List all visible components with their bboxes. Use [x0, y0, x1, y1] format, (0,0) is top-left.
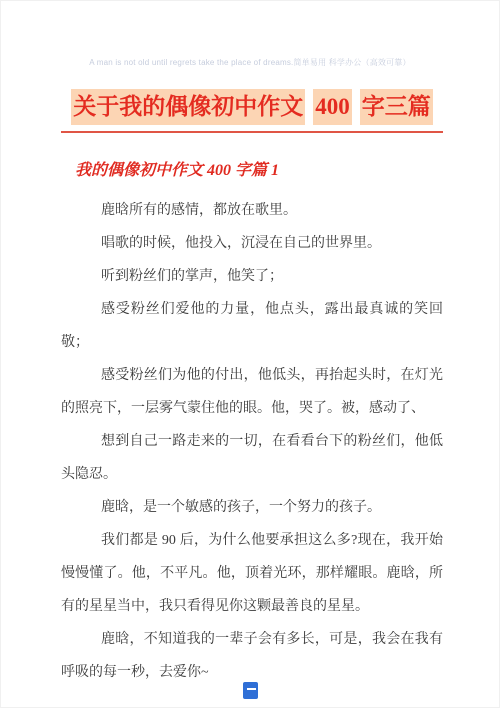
- body-paragraph: 听到粉丝们的掌声，他笑了；: [61, 260, 443, 293]
- body-paragraph: 感受粉丝们爱他的力量，他点头，露出最真诚的笑回敬；: [61, 293, 443, 359]
- title-part-number: 400: [313, 89, 352, 125]
- footer-logo-icon: [243, 682, 258, 699]
- body-paragraph: 感受粉丝们为他的付出，他低头，再抬起头时，在灯光的照亮下，一层雾气蒙住他的眼。他…: [61, 359, 443, 425]
- body-paragraph: 鹿晗，是一个敏感的孩子，一个努力的孩子。: [61, 491, 443, 524]
- body-paragraph: 唱歌的时候，他投入，沉浸在自己的世界里。: [61, 227, 443, 260]
- title-part-suffix: 字三篇: [360, 89, 433, 125]
- body-paragraph: 想到自己一路走来的一切，在看看台下的粉丝们，他低头隐忍。: [61, 425, 443, 491]
- page-title: 关于我的偶像初中作文400字三篇: [61, 89, 443, 125]
- body-paragraph: 鹿晗，不知道我的一辈子会有多长，可是，我会在我有呼吸的每一秒，去爱你~: [61, 623, 443, 689]
- title-underline: [61, 131, 443, 133]
- document-content: 关于我的偶像初中作文400字三篇 我的偶像初中作文 400 字篇 1 鹿晗所有的…: [61, 89, 443, 689]
- title-part-text: 关于我的偶像初中作文: [71, 89, 305, 125]
- body-paragraph: 我们都是 90 后，为什么他要承担这么多?现在，我开始慢慢懂了。他，不平凡。他，…: [61, 524, 443, 623]
- document-page: A man is not old until regrets take the …: [0, 0, 500, 708]
- section-subtitle: 我的偶像初中作文 400 字篇 1: [75, 157, 443, 180]
- body-paragraph: 鹿晗所有的感情，都放在歌里。: [61, 194, 443, 227]
- essay-body: 鹿晗所有的感情，都放在歌里。唱歌的时候，他投入，沉浸在自己的世界里。听到粉丝们的…: [61, 194, 443, 689]
- header-watermark: A man is not old until regrets take the …: [1, 57, 499, 68]
